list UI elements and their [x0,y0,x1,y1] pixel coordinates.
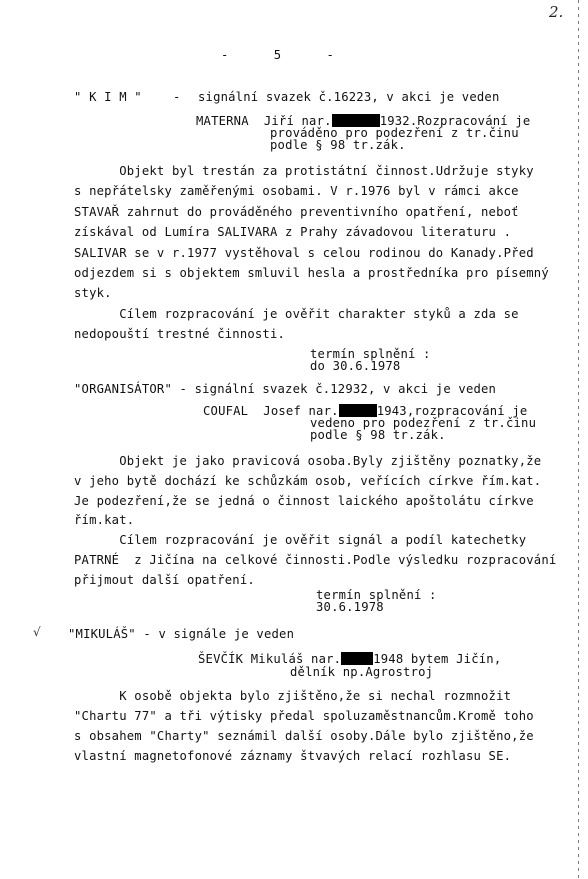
codename-kim: " K I M " [74,90,142,105]
handwritten-page-mark: 2. [549,3,563,21]
page-number: - 5 - [221,48,334,63]
body-text-line: Objekt byl trestán za protistátní činnos… [74,164,534,179]
deadline-value: do 30.6.1978 [310,359,400,374]
scan-edge [578,0,579,879]
body-text-line: odjezdem si s objektem smluvil hesla a p… [74,266,549,281]
body-text-line: s obsahem "Charty" seznámil další osoby.… [74,729,534,744]
person-name: ŠEVČÍK Mikuláš nar. [198,652,341,666]
section2-header: "ORGANISÁTOR" - signální svazek č.12932,… [74,382,496,397]
body-text-line: v jeho bytě dochází ke schůzkám osob, ve… [74,474,541,489]
body-text-line: K osobě objekta bylo zjištěno,že si nech… [74,689,511,704]
body-text-line: s nepřátelsky zaměřenými osobami. V r.19… [74,184,519,199]
body-text-line: vlastní magnetofonové záznamy štvavých r… [74,749,511,764]
body-text-line: styk. [74,286,112,301]
body-text-line: SALIVAR se v r.1977 vystěhoval s celou r… [74,246,534,261]
body-text-line: získával od Lumíra SALIVARA z Prahy záva… [74,225,511,240]
person-detail-line: dělník np.Agrostroj [290,665,433,680]
body-text-line: Objekt je jako pravicová osoba.Byly zjiš… [74,454,541,469]
redaction-bar [341,652,373,665]
section1-header: signální svazek č.16223, v akci je veden [198,90,500,105]
body-text-line: přijmout další opatření. [74,573,255,588]
person-birth-year: 1948 bytem Jičín, [373,652,501,666]
body-text-line: PATRNÉ z Jičína na celkové činnosti.Podl… [74,553,556,568]
body-text-line: nedopouští trestné činnosti. [74,327,285,342]
body-text-line: Cílem rozpracování je ověřit charakter s… [74,307,519,322]
body-text-line: STAVAŘ zahrnut do prováděného preventivn… [74,205,519,220]
document-page: 2. - 5 - " K I M " - signální svazek č.1… [0,0,588,879]
person-detail-line: podle § 98 tr.zák. [270,138,406,153]
body-text-line: řím.kat. [74,513,134,528]
section3-header: "MIKULÁŠ" - v signále je veden [68,627,294,642]
body-text-line: Je podezření,že se jedná o činnost laick… [74,494,534,509]
person-detail-line: podle § 98 tr.zák. [310,428,446,443]
body-text-line: Cílem rozpracování je ověřit signál a po… [74,533,526,548]
deadline-value: 30.6.1978 [316,600,384,615]
body-text-line: "Chartu 77" a tři výtisky předal spoluza… [74,709,534,724]
dash: - [173,90,181,105]
handwritten-check-mark: √ [33,625,41,639]
